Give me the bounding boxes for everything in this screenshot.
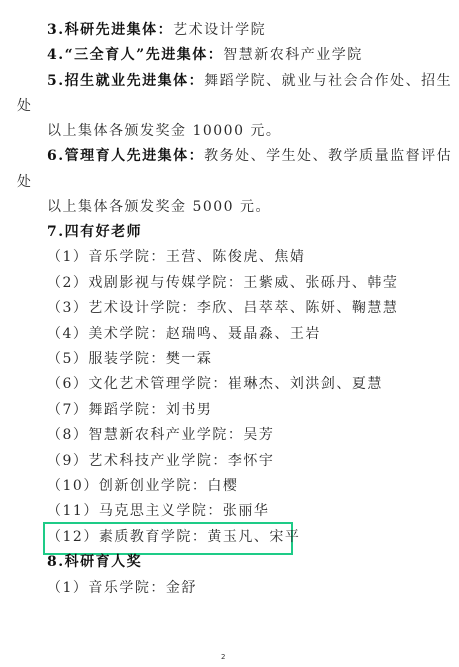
teacher-list-item: （2）戏剧影视与传媒学院：王紫威、张砾丹、韩莹 (47, 273, 398, 293)
section-5-value: 舞蹈学院、就业与社会合作处、招生 (204, 73, 452, 89)
teacher-list-item: （10）创新创业学院：白樱 (47, 476, 238, 496)
item-number: （8） (47, 427, 88, 443)
section-8-heading: 8.科研育人奖 (47, 552, 142, 572)
item-names: 崔琳杰、刘洪剑、夏慧 (228, 376, 383, 392)
item-number: （3） (47, 300, 88, 316)
section-5-label: 5.招生就业先进集体： (47, 73, 204, 89)
section-4-line: 4.“三全育人”先进集体：智慧新农科产业学院 (47, 45, 363, 65)
teacher-list-item: （6）文化艺术管理学院：崔琳杰、刘洪剑、夏慧 (47, 374, 383, 394)
item-names: 王紫威、张砾丹、韩莹 (243, 275, 398, 291)
teacher-list-item: （1）音乐学院：王营、陈俊虎、焦婧 (47, 247, 305, 267)
item-names: 赵瑞鸣、聂晶淼、王岩 (166, 326, 321, 342)
item-college: 文化艺术管理学院： (88, 376, 228, 392)
item-college: 智慧新农科产业学院： (88, 427, 243, 443)
teacher-list-item: （8）智慧新农科产业学院：吴芳 (47, 425, 274, 445)
section-3-line: 3.科研先进集体：艺术设计学院 (47, 20, 266, 40)
section-7-heading: 7.四有好老师 (47, 222, 142, 242)
teacher-list-item-highlighted: （12）素质教育学院：黄玉凡、宋平 (47, 527, 300, 547)
item-number: （1） (47, 580, 88, 596)
teacher-list-item: （5）服装学院：樊一霖 (47, 349, 212, 369)
section-6-value: 教务处、学生处、教学质量监督评估 (204, 148, 452, 164)
item-names: 张丽华 (223, 503, 270, 519)
item-college: 艺术科技产业学院： (88, 453, 228, 469)
item-names: 金舒 (166, 580, 197, 596)
item-college: 创新创业学院： (99, 478, 208, 494)
item-names: 樊一霖 (166, 351, 213, 367)
item-college: 戏剧影视与传媒学院： (88, 275, 243, 291)
item-college: 艺术设计学院： (88, 300, 197, 316)
section-4-value: 智慧新农科产业学院 (223, 47, 363, 63)
teacher-list-item: （4）美术学院：赵瑞鸣、聂晶淼、王岩 (47, 324, 321, 344)
item-number: （5） (47, 351, 88, 367)
research-award-item: （1）音乐学院：金舒 (47, 578, 197, 598)
item-names: 吴芳 (243, 427, 274, 443)
item-number: （12） (47, 529, 99, 545)
section-3-value: 艺术设计学院 (173, 22, 266, 38)
item-number: （11） (47, 503, 99, 519)
item-names: 白樱 (207, 478, 238, 494)
teacher-list-item: （11）马克思主义学院：张丽华 (47, 501, 269, 521)
item-names: 李欣、吕萃萃、陈妍、鞠慧慧 (197, 300, 399, 316)
item-number: （7） (47, 402, 88, 418)
item-names: 李怀宇 (228, 453, 275, 469)
teacher-list-item: （9）艺术科技产业学院：李怀宇 (47, 451, 274, 471)
section-5-note: 以上集体各颁发奖金 10000 元。 (47, 121, 281, 141)
page-number: 2 (221, 653, 225, 661)
item-number: （1） (47, 249, 88, 265)
item-names: 刘书男 (166, 402, 213, 418)
section-6-label: 6.管理育人先进集体： (47, 148, 204, 164)
item-names: 黄玉凡、宋平 (207, 529, 300, 545)
section-4-label: 4.“三全育人”先进集体： (47, 47, 223, 63)
teacher-list-item: （7）舞蹈学院：刘书男 (47, 400, 212, 420)
item-names: 王营、陈俊虎、焦婧 (166, 249, 306, 265)
section-3-label: 3.科研先进集体： (47, 22, 173, 38)
item-number: （2） (47, 275, 88, 291)
section-5-wrap: 处 (17, 96, 33, 116)
item-college: 服装学院： (88, 351, 166, 367)
item-number: （4） (47, 326, 88, 342)
item-college: 素质教育学院： (99, 529, 208, 545)
section-6-line: 6.管理育人先进集体：教务处、学生处、教学质量监督评估 (47, 146, 452, 166)
section-5-line: 5.招生就业先进集体：舞蹈学院、就业与社会合作处、招生 (47, 71, 452, 91)
teacher-list-item: （3）艺术设计学院：李欣、吕萃萃、陈妍、鞠慧慧 (47, 298, 398, 318)
section-6-wrap: 处 (17, 172, 33, 192)
document-page: 3.科研先进集体：艺术设计学院 4.“三全育人”先进集体：智慧新农科产业学院 5… (0, 0, 459, 667)
item-number: （6） (47, 376, 88, 392)
item-college: 美术学院： (88, 326, 166, 342)
item-college: 音乐学院： (88, 580, 166, 596)
item-college: 马克思主义学院： (99, 503, 223, 519)
section-6-note: 以上集体各颁发奖金 5000 元。 (47, 197, 271, 217)
item-college: 音乐学院： (88, 249, 166, 265)
item-number: （10） (47, 478, 99, 494)
item-college: 舞蹈学院： (88, 402, 166, 418)
item-number: （9） (47, 453, 88, 469)
